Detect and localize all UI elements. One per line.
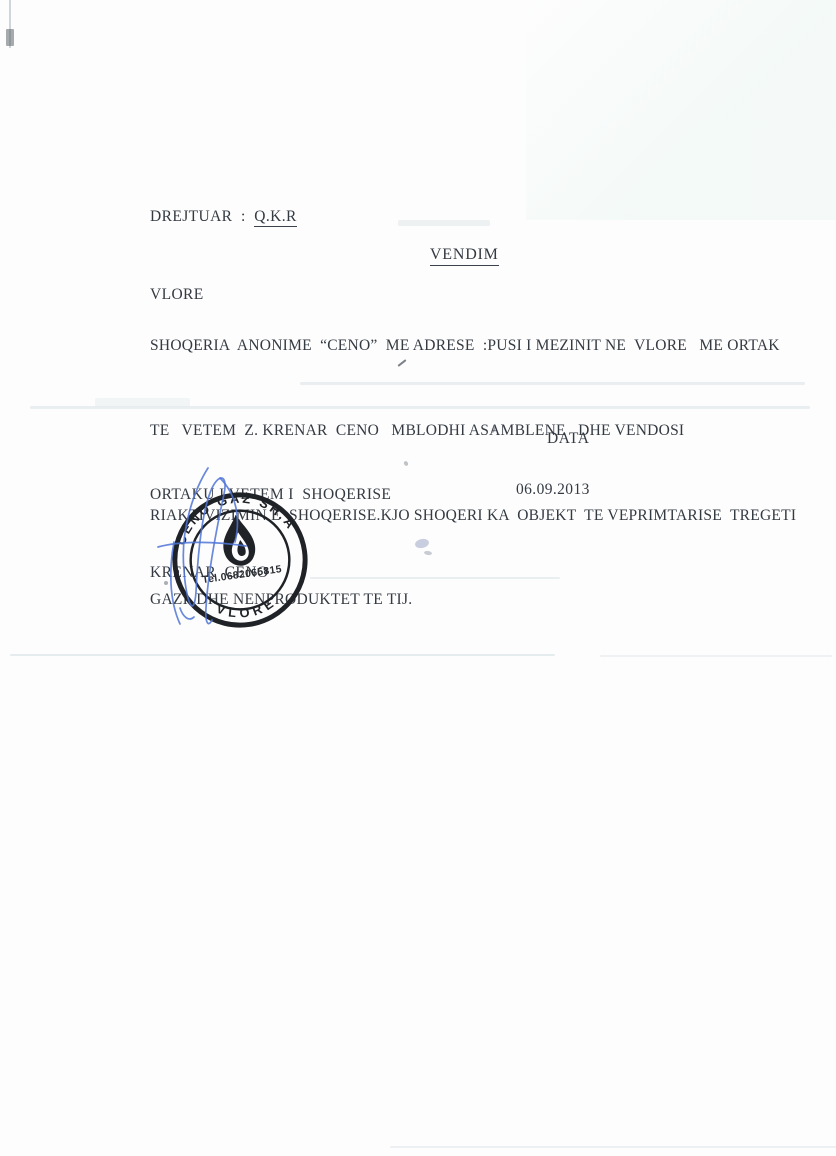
- scan-streak: [398, 220, 490, 226]
- scan-tint: [526, 0, 836, 220]
- signature-stroke: [220, 478, 237, 542]
- body-line: SHOQERIA ANONIME “CENO” ME ADRESE :PUSI …: [150, 332, 796, 360]
- document-title: VENDIM: [411, 228, 499, 282]
- addressee-value: Q.K.R: [254, 208, 296, 227]
- scanned-document-page: DREJTUAR : Q.K.R VLORE VENDIM SHOQERIA A…: [0, 0, 836, 1156]
- scan-edge-artifact: [6, 29, 14, 46]
- date-label: DATA: [547, 430, 590, 448]
- addressee-line: DREJTUAR : Q.K.R: [150, 204, 297, 230]
- scan-edge-artifact: [9, 0, 11, 48]
- signature-stroke: [171, 542, 180, 624]
- scan-streak: [390, 1146, 836, 1148]
- date-value: 06.09.2013: [516, 481, 590, 499]
- signature-stroke: [158, 542, 246, 547]
- addressee-label: DREJTUAR :: [150, 208, 254, 225]
- signature: [150, 450, 270, 640]
- signature-stroke: [180, 608, 194, 619]
- signature-stroke: [183, 468, 225, 624]
